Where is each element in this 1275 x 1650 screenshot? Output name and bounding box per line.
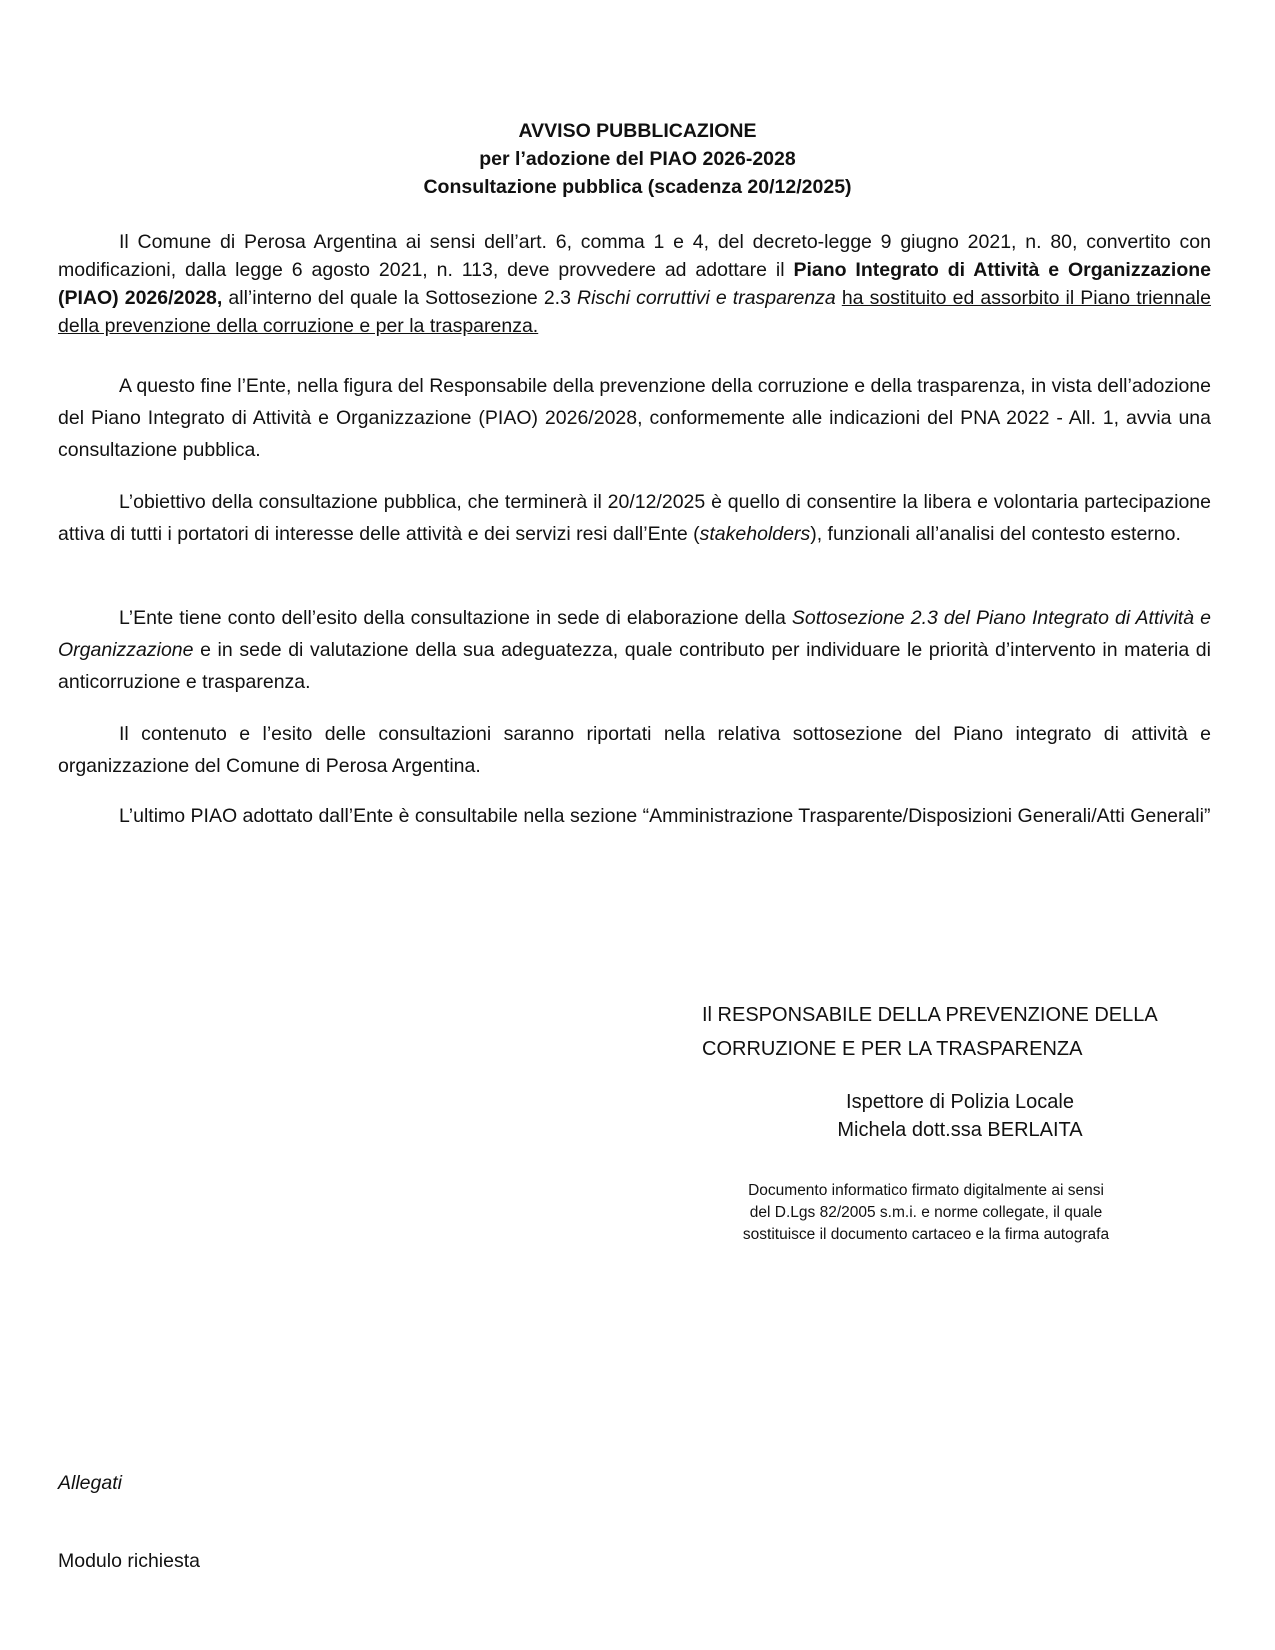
signature-role: Il RESPONSABILE DELLA PREVENZIONE DELLA …	[702, 998, 1158, 1066]
document-title: AVVISO PUBBLICAZIONE per l’adozione del …	[0, 117, 1275, 201]
signature-role-line-1: Il RESPONSABILE DELLA PREVENZIONE DELLA	[702, 998, 1158, 1032]
title-line-1: AVVISO PUBBLICAZIONE	[0, 117, 1275, 145]
signature-role-line-2: CORRUZIONE E PER LA TRASPARENZA	[702, 1032, 1158, 1066]
title-line-2: per l’adozione del PIAO 2026-2028	[0, 145, 1275, 173]
signatory-name: Michela dott.ssa BERLAITA	[780, 1116, 1140, 1144]
text: L’Ente tiene conto dell’esito della cons…	[119, 607, 792, 629]
text: ), funzionali all’analisi del contesto e…	[810, 523, 1181, 545]
title-line-3: Consultazione pubblica (scadenza 20/12/2…	[0, 173, 1275, 201]
attachments-heading: Allegati	[58, 1472, 122, 1495]
paragraph-evaluation: L’Ente tiene conto dell’esito della cons…	[58, 602, 1211, 698]
note-line-2: del D.Lgs 82/2005 s.m.i. e norme collega…	[716, 1202, 1136, 1224]
note-line-1: Documento informatico firmato digitalmen…	[716, 1180, 1136, 1202]
paragraph-results: Il contenuto e l’esito delle consultazio…	[58, 718, 1211, 782]
paragraph-legal-basis: Il Comune di Perosa Argentina ai sensi d…	[58, 228, 1211, 340]
attachment-item: Modulo richiesta	[58, 1550, 200, 1573]
text: all’interno del quale la Sottosezione 2.…	[222, 287, 577, 309]
paragraph-consultation-start: A questo fine l’Ente, nella figura del R…	[58, 370, 1211, 466]
italic-text: stakeholders	[700, 523, 811, 545]
paragraph-objective: L’obiettivo della consultazione pubblica…	[58, 486, 1211, 550]
text: e in sede di valutazione della sua adegu…	[58, 639, 1211, 693]
paragraph-last-piao: L’ultimo PIAO adottato dall’Ente è consu…	[58, 802, 1211, 830]
signatory-title: Ispettore di Polizia Locale	[780, 1088, 1140, 1116]
digital-signature-note: Documento informatico firmato digitalmen…	[716, 1180, 1136, 1246]
italic-text: Rischi corruttivi e trasparenza	[577, 287, 836, 309]
note-line-3: sostituisce il documento cartaceo e la f…	[716, 1224, 1136, 1246]
signatory: Ispettore di Polizia Locale Michela dott…	[780, 1088, 1140, 1144]
